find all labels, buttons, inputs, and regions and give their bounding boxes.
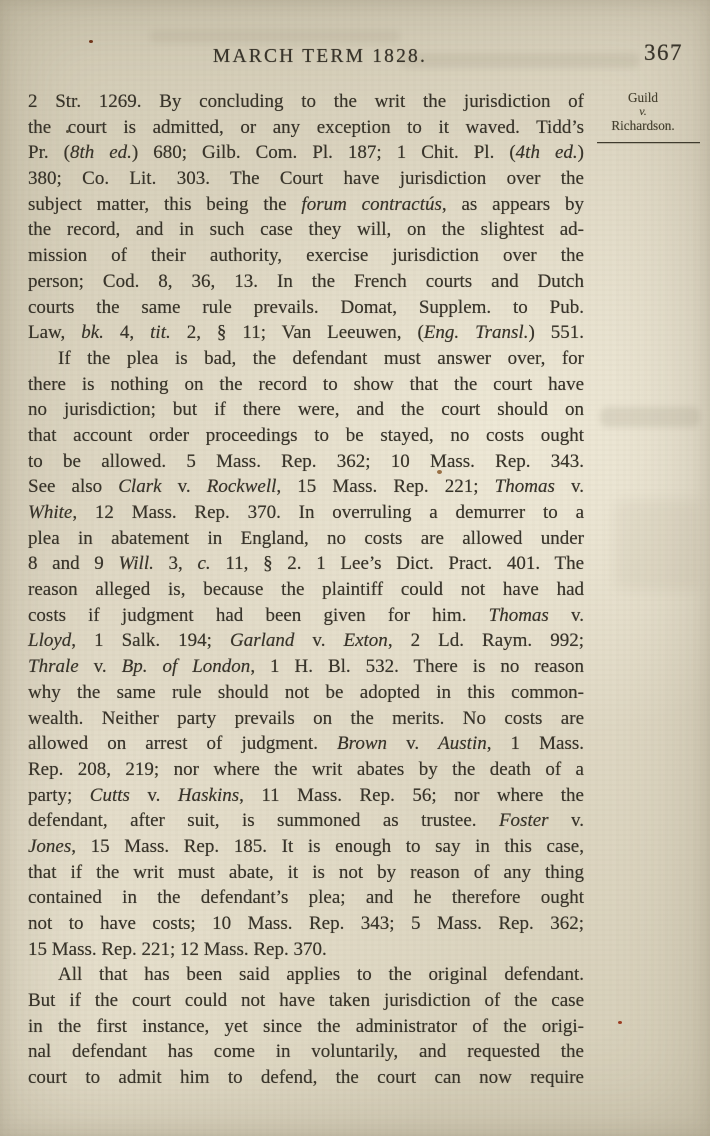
text-line: Law, bk. 4, tit. 2, § 11; Van Leeuwen, (…	[28, 320, 584, 346]
ink-speck	[89, 40, 93, 43]
text-line: Jones, 15 Mass. Rep. 185. It is enough t…	[28, 834, 584, 860]
text-line: the court is admitted, or any exception …	[28, 115, 584, 141]
text-line: courts the same rule prevails. Domat, Su…	[28, 295, 584, 321]
show-through-smudge	[150, 30, 400, 43]
margin-note-case-name: Guild v. Richardson.	[596, 90, 690, 143]
text-line: 8 and 9 Will. 3, c. 11, § 2. 1 Lee’s Dic…	[28, 551, 584, 577]
margin-note-party1: Guild	[596, 90, 690, 105]
text-line: reason alleged is, because the plaintiff…	[28, 577, 584, 603]
text-line: Rep. 208, 219; nor where the writ abates…	[28, 757, 584, 783]
text-line: Thrale v. Bp. of London, 1 H. Bl. 532. T…	[28, 654, 584, 680]
text-line: Pr. (8th ed.) 680; Gilb. Com. Pl. 187; 1…	[28, 140, 584, 166]
running-head-title: MARCH TERM 1828.	[42, 46, 598, 68]
margin-note-party2: Richardson.	[596, 118, 690, 133]
margin-note-versus: v.	[596, 105, 690, 118]
text-line: why the same rule should not be adopted …	[28, 680, 584, 706]
page-body: 2 Str. 1269. By concluding to the writ t…	[28, 89, 584, 1091]
text-line: White, 12 Mass. Rep. 370. In overruling …	[28, 500, 584, 526]
show-through-smudge	[600, 407, 700, 427]
text-line: allowed on arrest of judgment. Brown v. …	[28, 731, 584, 757]
text-line: no jurisdiction; but if there were, and …	[28, 397, 584, 423]
text-line: All that has been said applies to the or…	[28, 962, 584, 988]
text-line: that if the writ must abate, it is not b…	[28, 860, 584, 886]
page-number: 367	[644, 40, 683, 66]
text-line: 2 Str. 1269. By concluding to the writ t…	[28, 89, 584, 115]
text-line: not to have costs; 10 Mass. Rep. 343; 5 …	[28, 911, 584, 937]
text-line: If the plea is bad, the defendant must a…	[28, 346, 584, 372]
margin-note-divider	[597, 142, 700, 143]
show-through-smudge	[615, 500, 700, 590]
scanned-page: MARCH TERM 1828. 367 Guild v. Richardson…	[0, 0, 710, 1136]
text-line: 380; Co. Lit. 303. The Court have jurisd…	[28, 166, 584, 192]
text-line: wealth. Neither party prevails on the me…	[28, 706, 584, 732]
text-line: party; Cutts v. Haskins, 11 Mass. Rep. 5…	[28, 783, 584, 809]
text-line: defendant, after suit, is summoned as tr…	[28, 808, 584, 834]
text-line: person; Cod. 8, 36, 13. In the French co…	[28, 269, 584, 295]
text-line: 15 Mass. Rep. 221; 12 Mass. Rep. 370.	[28, 937, 584, 963]
text-line: nal defendant has come in voluntarily, a…	[28, 1039, 584, 1065]
text-line: costs if judgment had been given for him…	[28, 603, 584, 629]
text-line: court to admit him to defend, the court …	[28, 1065, 584, 1091]
text-line: See also Clark v. Rockwell, 15 Mass. Rep…	[28, 474, 584, 500]
text-line: mission of their authority, exercise jur…	[28, 243, 584, 269]
text-line: that account order proceedings to be sta…	[28, 423, 584, 449]
text-line: in the first instance, yet since the adm…	[28, 1014, 584, 1040]
text-line: the record, and in such case they will, …	[28, 217, 584, 243]
text-line: subject matter, this being the forum con…	[28, 192, 584, 218]
text-line: plea in abatement in England, no costs a…	[28, 526, 584, 552]
text-line: there is nothing on the record to show t…	[28, 372, 584, 398]
text-line: contained in the defendant’s plea; and h…	[28, 885, 584, 911]
text-line: Lloyd, 1 Salk. 194; Garland v. Exton, 2 …	[28, 628, 584, 654]
text-line: But if the court could not have taken ju…	[28, 988, 584, 1014]
text-line: to be allowed. 5 Mass. Rep. 362; 10 Mass…	[28, 449, 584, 475]
ink-speck	[618, 1021, 622, 1024]
